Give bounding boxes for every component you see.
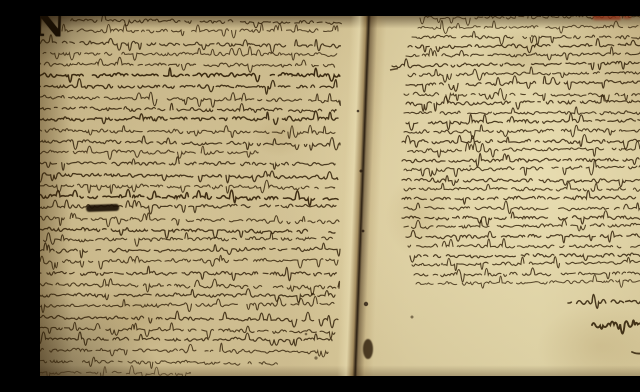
ink-speck [305, 333, 308, 336]
ink-speck [441, 263, 443, 265]
closing-formula-and-signature [568, 293, 640, 354]
binding-stitch [362, 230, 365, 233]
gutter-ink-stain [363, 339, 373, 359]
right-page-text [390, 16, 640, 290]
ink-speck [411, 316, 414, 319]
ink-speck [291, 75, 293, 77]
ink-speck [314, 356, 317, 359]
binding-stitch [357, 110, 360, 113]
red-top-dot [623, 16, 631, 19]
manuscript-photo: N [40, 16, 640, 376]
binding-stitch [360, 170, 363, 173]
ink-blot-redaction [86, 204, 119, 212]
ink-speck [469, 165, 471, 167]
left-page-text [40, 16, 346, 376]
ink-speck [599, 225, 601, 227]
illuminated-initial-letter: N [40, 16, 66, 45]
ink-speck [531, 35, 533, 37]
handwriting-layer [40, 16, 640, 376]
signature-flourish [632, 330, 640, 354]
red-top-smudge [593, 16, 621, 20]
binding-stitch [364, 302, 368, 306]
margin-dash [390, 69, 398, 71]
